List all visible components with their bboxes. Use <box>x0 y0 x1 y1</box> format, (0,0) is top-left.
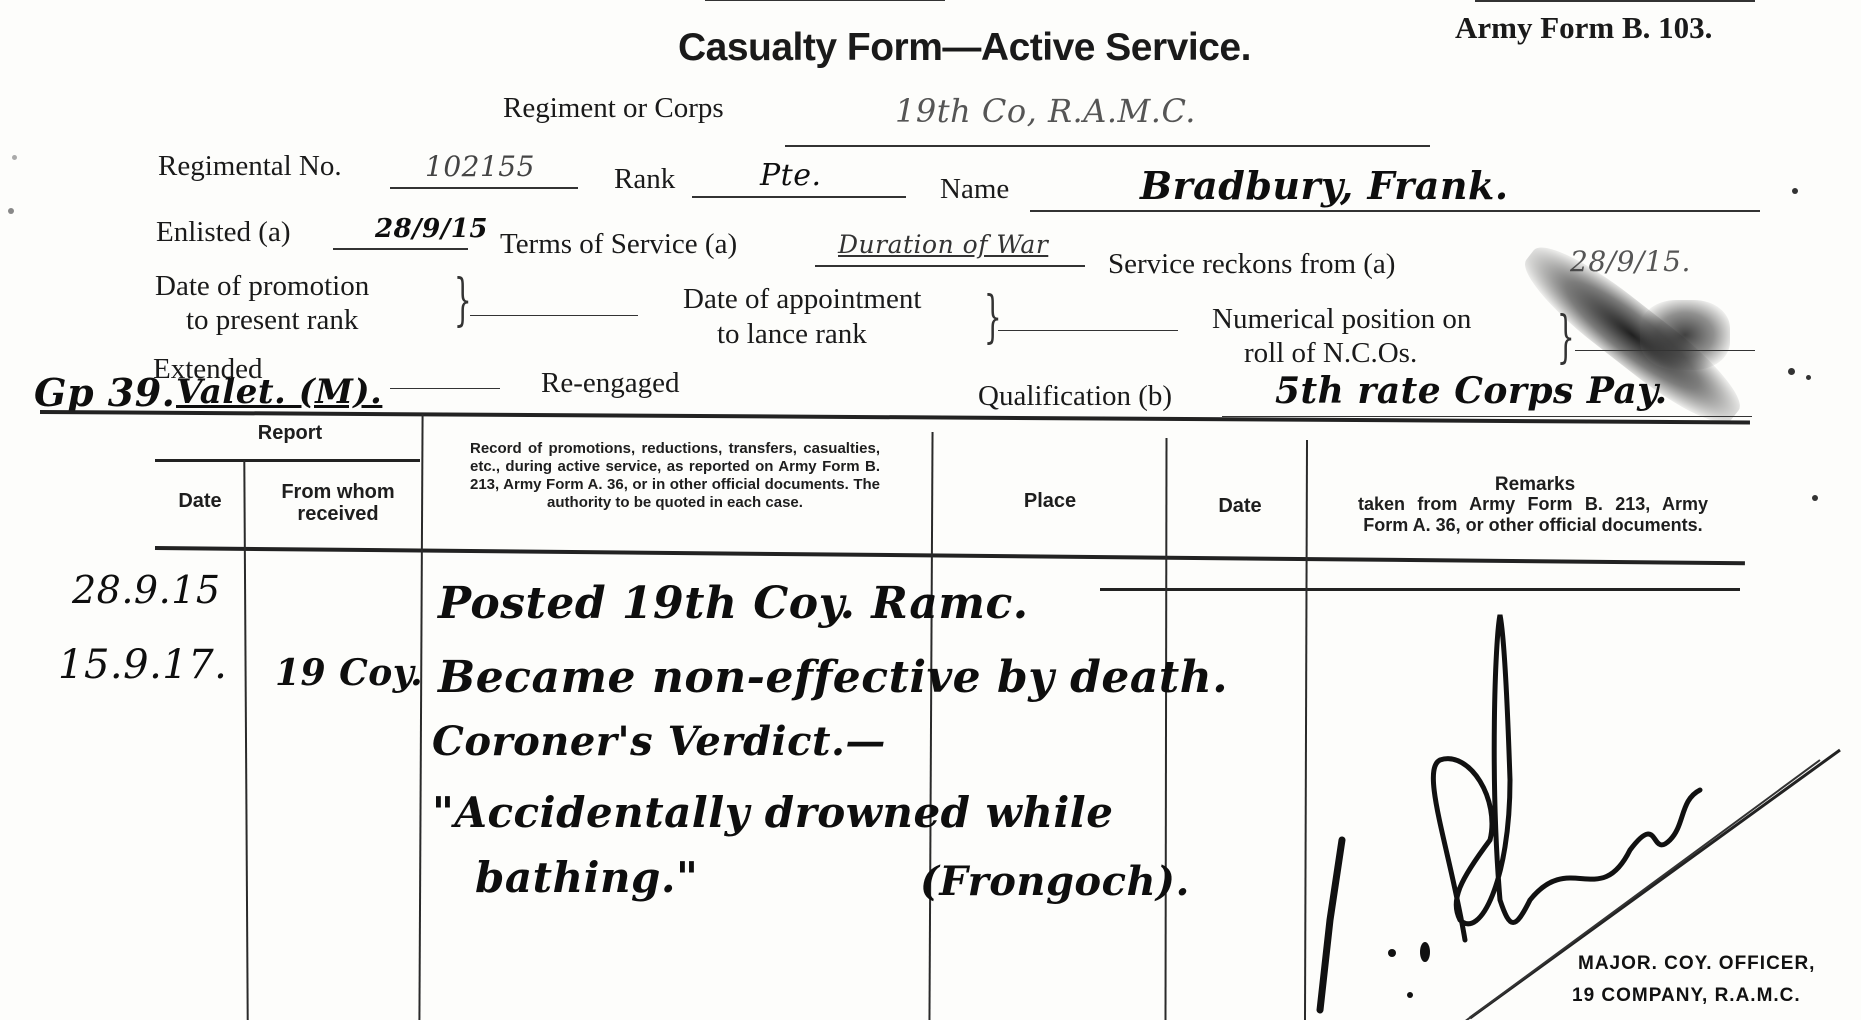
report-subrule <box>155 459 420 462</box>
header-from-whom-2: received <box>258 503 418 526</box>
terms-value[interactable]: Duration of War <box>838 230 1048 259</box>
appointment-label-2: to lance rank <box>717 318 867 351</box>
enlisted-line <box>333 248 468 250</box>
extended-value[interactable]: Valet. (M). <box>176 372 382 412</box>
ncos-line <box>1575 350 1755 351</box>
row1-record[interactable]: Posted 19th Coy. Ramc. <box>438 578 1029 629</box>
header-remarks-body: taken from Army Form B. 213, Army Form A… <box>1358 494 1708 536</box>
place-value[interactable]: (Frongoch). <box>920 858 1190 905</box>
row1-date[interactable]: 28.9.15 <box>72 568 221 612</box>
rank-value[interactable]: Pte. <box>760 158 822 193</box>
regiment-label: Regiment or Corps <box>503 92 724 125</box>
promotion-label-1: Date of promotion <box>155 270 369 303</box>
continuation-line-1[interactable]: Coroner's Verdict.— <box>432 718 886 765</box>
ncos-label-1: Numerical position on <box>1212 303 1471 336</box>
col-divider-date <box>243 460 248 1020</box>
page-title: Casualty Form—Active Service. <box>678 26 1251 70</box>
name-value[interactable]: Bradbury, Frank. <box>1140 163 1509 208</box>
header-date: Date <box>160 490 240 513</box>
regiment-value[interactable]: 19th Co, R.A.M.C. <box>895 92 1196 130</box>
col-divider-place <box>1164 438 1167 1020</box>
reengaged-line <box>705 0 945 1</box>
promotion-label-2: to present rank <box>186 304 358 337</box>
appointment-line <box>998 330 1178 331</box>
rank-line <box>692 196 906 198</box>
reckons-label: Service reckons from (a) <box>1108 248 1395 281</box>
ink-smudge-2 <box>1640 300 1730 370</box>
speck <box>8 208 14 214</box>
speck <box>12 155 17 160</box>
regimental-no-value[interactable]: 102155 <box>425 150 535 183</box>
form-number: Army Form B. 103. <box>1455 10 1712 46</box>
brace: } <box>984 285 1002 350</box>
regimental-no-line <box>390 187 578 189</box>
body-top-rule-right <box>1100 588 1740 591</box>
rank-label: Rank <box>614 163 675 196</box>
stamp-line-2: 19 COMPANY, R.A.M.C. <box>1572 985 1801 1007</box>
reengaged-label: Re-engaged <box>541 367 680 400</box>
speck <box>1788 368 1795 375</box>
col-divider-from <box>418 414 423 1020</box>
name-line <box>1030 210 1760 212</box>
header-bottom-rule <box>155 546 1745 565</box>
continuation-line-3[interactable]: bathing." <box>475 853 698 902</box>
header-from-whom-1: From whom <box>258 481 418 504</box>
extended-line <box>390 388 500 389</box>
header-date2: Date <box>1190 495 1290 518</box>
enlisted-label: Enlisted (a) <box>156 216 290 249</box>
appointment-label-1: Date of appointment <box>683 283 921 316</box>
speck <box>1792 188 1798 194</box>
terms-label: Terms of Service (a) <box>500 228 737 261</box>
qualification-label: Qualification (b) <box>978 380 1172 413</box>
row2-from-whom[interactable]: 19 Coy. <box>275 652 423 694</box>
regimental-no-label: Regimental No. <box>158 150 342 183</box>
enlisted-value[interactable]: 28/9/15 <box>375 214 488 244</box>
terms-line <box>815 265 1085 267</box>
row2-date[interactable]: 15.9.17. <box>58 642 227 688</box>
speck <box>1812 495 1818 501</box>
header-place: Place <box>975 490 1125 513</box>
name-label: Name <box>940 173 1009 206</box>
brace: } <box>454 268 472 333</box>
speck <box>1806 375 1811 380</box>
reckons-line <box>1475 0 1755 2</box>
row2-record[interactable]: Became non-effective by death. <box>438 652 1228 703</box>
qualification-value[interactable]: 5th rate Corps Pay. <box>1275 370 1668 412</box>
continuation-line-2[interactable]: "Accidentally drowned while <box>432 788 1113 837</box>
brace: } <box>1557 305 1575 370</box>
regiment-line <box>785 145 1430 147</box>
stamp-line-1: MAJOR. COY. OFFICER, <box>1578 953 1815 975</box>
ncos-label-2: roll of N.C.Os. <box>1244 337 1417 370</box>
header-report: Report <box>240 422 340 445</box>
col-divider-record <box>928 432 933 1020</box>
header-remarks-title: Remarks <box>1440 474 1630 496</box>
header-record: Record of promotions, reductions, transf… <box>470 440 880 512</box>
promotion-line <box>470 315 638 316</box>
